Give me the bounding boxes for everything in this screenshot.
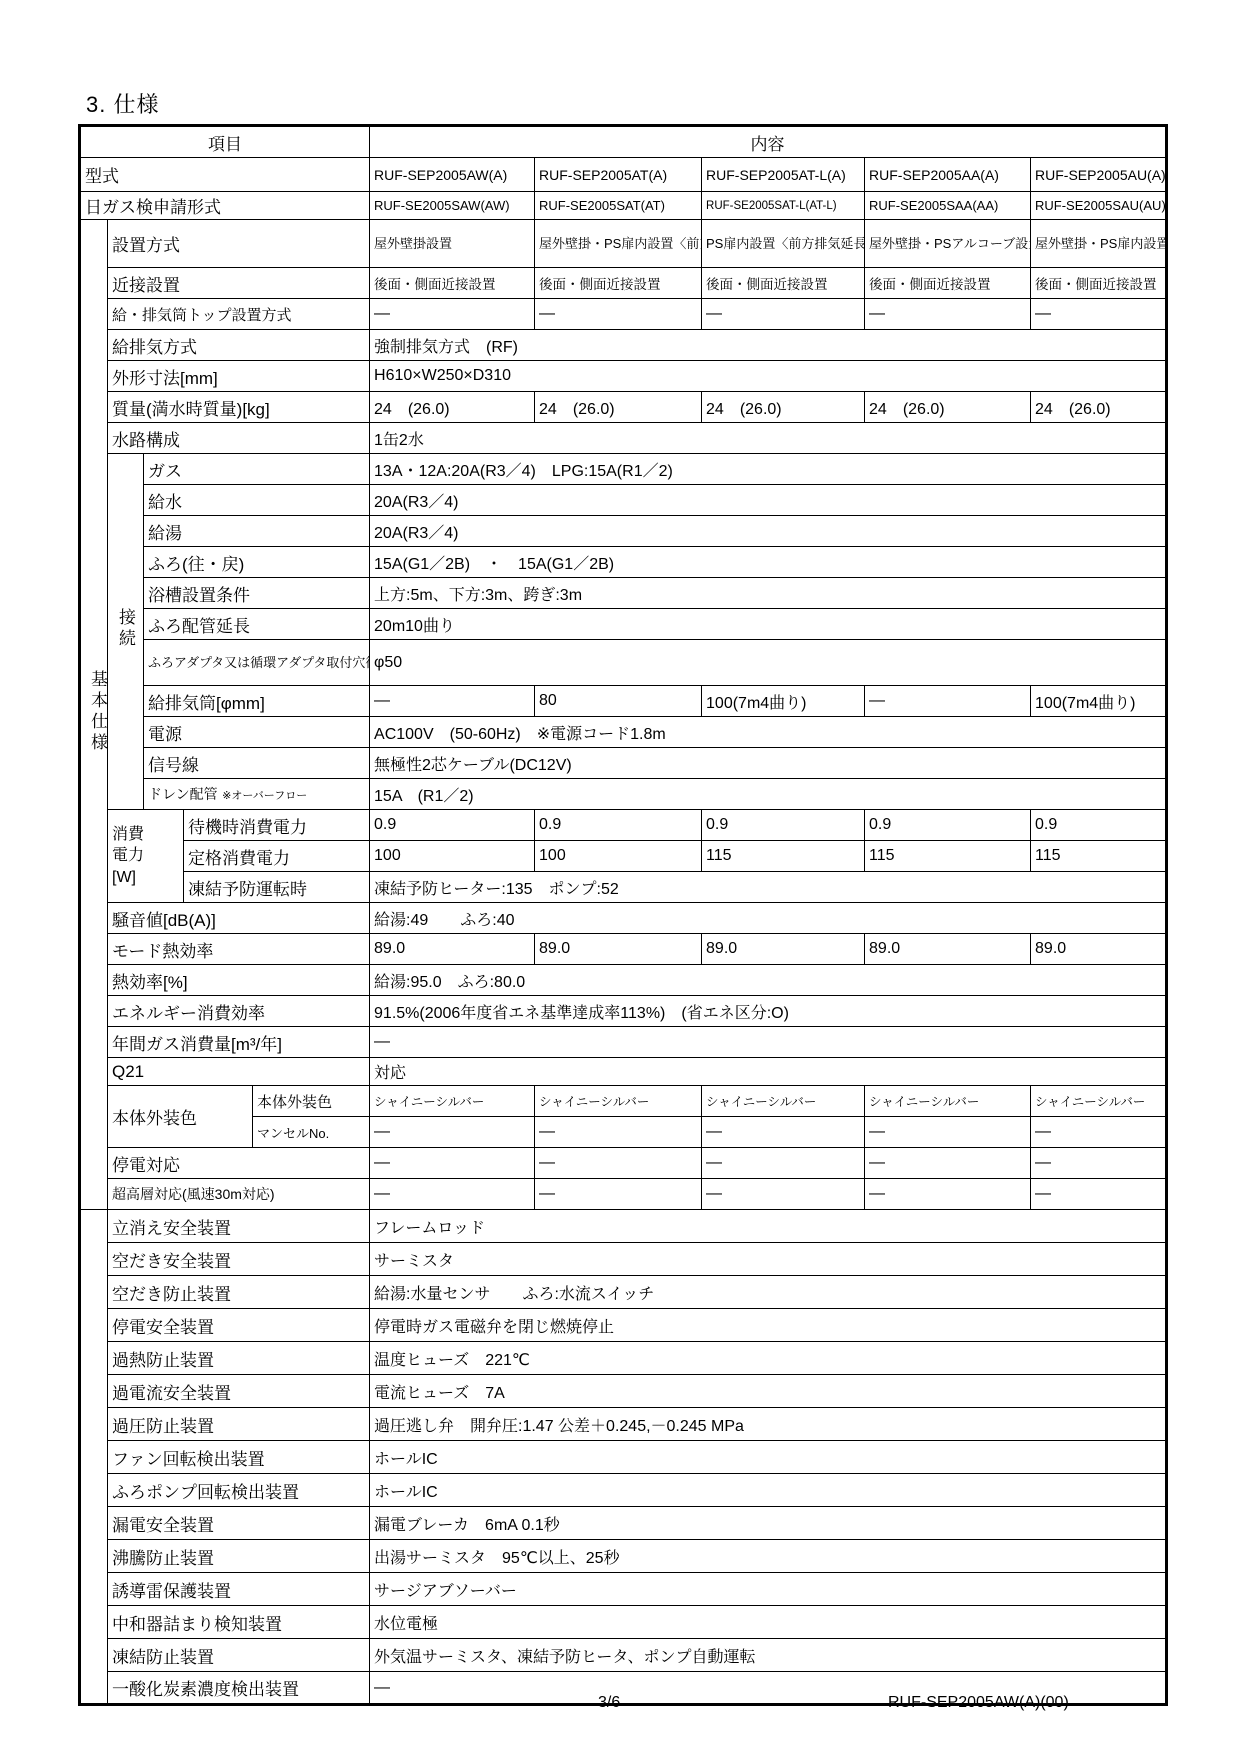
row-energy-efficiency: エネルギー消費効率 91.5%(2006年度省エネ基準達成率113%) (省エネ…	[80, 996, 1167, 1027]
row-label: 待機時消費電力	[184, 810, 370, 841]
row-conn-bath: ふろ(往・戻) 15A(G1／2B) ・ 15A(G1／2B)	[80, 547, 1167, 578]
row-label: 熱効率[%]	[108, 965, 370, 996]
cell-value: —	[535, 1117, 702, 1148]
row-label: 外形寸法[mm]	[108, 361, 370, 392]
cell-value: —	[535, 1148, 702, 1179]
cell-value: —	[702, 1179, 865, 1210]
row-conn-adapter: ふろアダプタ又は循環アダプタ取付穴径[φmm] φ50	[80, 640, 1167, 686]
cell-value: —	[1031, 1179, 1167, 1210]
row-safety-4: 過熱防止装置 温度ヒューズ 221℃	[80, 1342, 1167, 1375]
row-installation: 基本仕様 設置方式 屋外壁掛設置 屋外壁掛・PS扉内設置〈前方排気〉 PS扉内設…	[80, 220, 1167, 268]
cell-value: 給湯:95.0 ふろ:80.0	[370, 965, 1167, 996]
cell-value: φ50	[370, 640, 1167, 686]
row-label: 信号線	[144, 748, 370, 779]
cell-value: 115	[702, 841, 865, 872]
cell-value: 24 (26.0)	[865, 392, 1031, 423]
cell-value: シャイニーシルバー	[865, 1086, 1031, 1117]
cell-value: 89.0	[1031, 934, 1167, 965]
cell-value: 89.0	[702, 934, 865, 965]
row-label: 漏電安全装置	[108, 1507, 370, 1540]
row-label: 停電安全装置	[108, 1309, 370, 1342]
cell-value: 24 (26.0)	[535, 392, 702, 423]
cell-value: 屋外壁掛設置	[370, 220, 535, 268]
row-q21: Q21 対応	[80, 1058, 1167, 1086]
cell-value: 89.0	[535, 934, 702, 965]
cell-value: —	[370, 1117, 535, 1148]
row-label: 停電対応	[108, 1148, 370, 1179]
cell-value: 1缶2水	[370, 423, 1167, 454]
cell-value: —	[535, 1179, 702, 1210]
row-label: 日ガス検申請形式	[80, 192, 370, 220]
row-label: ふろ配管延長	[144, 609, 370, 640]
row-annual-gas: 年間ガス消費量[m³/年] —	[80, 1027, 1167, 1058]
row-label: 電源	[144, 717, 370, 748]
row-model: 型式 RUF-SEP2005AW(A) RUF-SEP2005AT(A) RUF…	[80, 158, 1167, 192]
row-flue-top: 給・排気筒トップ設置方式 — — — — —	[80, 299, 1167, 330]
row-label: ドレン配管 ※オーバーフロー	[144, 779, 370, 810]
cell-value: —	[370, 1179, 535, 1210]
cell-value: RUF-SEP2005AW(A)	[370, 158, 535, 192]
row-label: 空だき防止装置	[108, 1276, 370, 1309]
cell-value: 0.9	[702, 810, 865, 841]
cell-value: 24 (26.0)	[702, 392, 865, 423]
row-label: エネルギー消費効率	[108, 996, 370, 1027]
row-label: 凍結予防運転時	[184, 872, 370, 903]
cell-value: 給湯:水量センサ ふろ:水流スイッチ	[370, 1276, 1167, 1309]
cell-value: —	[535, 299, 702, 330]
cell-value: —	[865, 1179, 1031, 1210]
cell-value: —	[370, 299, 535, 330]
cell-value: —	[865, 686, 1031, 717]
document-number: RUF-SEP2005AW(A)(00)	[888, 1694, 1069, 1712]
cell-value: 115	[1031, 841, 1167, 872]
row-label: 中和器詰まり検知装置	[108, 1606, 370, 1639]
cell-value: 100(7m4曲り)	[1031, 686, 1167, 717]
cell-value: H610×W250×D310	[370, 361, 1167, 392]
row-safety-6: 過圧防止装置 過圧逃し弁 開弁圧:1.47 公差＋0.245,－0.245 MP…	[80, 1408, 1167, 1441]
cell-value: 外気温サーミスタ、凍結予防ヒータ、ポンプ自動運転	[370, 1639, 1167, 1672]
document-page: 3. 仕様 項目 内容 型式 RUF-SEP2005AW(A) RUF-SEP2…	[0, 0, 1240, 1754]
row-blackout: 停電対応 — — — — —	[80, 1148, 1167, 1179]
cell-value: 91.5%(2006年度省エネ基準達成率113%) (省エネ区分:O)	[370, 996, 1167, 1027]
row-label: ガス	[144, 454, 370, 485]
cell-value: 15A (R1／2)	[370, 779, 1167, 810]
row-conn-gas: 接続 ガス 13A・12A:20A(R3／4) LPG:15A(R1／2)	[80, 454, 1167, 485]
cell-value: 強制排気方式 (RF)	[370, 330, 1167, 361]
cell-value: 電流ヒューズ 7A	[370, 1375, 1167, 1408]
row-power-standby: 消費 電力 [W] 待機時消費電力 0.9 0.9 0.9 0.9 0.9	[80, 810, 1167, 841]
row-label: 沸騰防止装置	[108, 1540, 370, 1573]
header-row: 項目 内容	[80, 126, 1167, 158]
row-label: 誘導雷保護装置	[108, 1573, 370, 1606]
cell-value: 無極性2芯ケーブル(DC12V)	[370, 748, 1167, 779]
cell-value: 13A・12A:20A(R3／4) LPG:15A(R1／2)	[370, 454, 1167, 485]
power-group-unit: [W]	[112, 867, 179, 889]
cell-value: —	[370, 1027, 1167, 1058]
row-label: 空だき安全装置	[108, 1243, 370, 1276]
row-label: 超高層対応(風速30m対応)	[108, 1179, 370, 1210]
cell-value: RUF-SE2005SAU(AU)	[1031, 192, 1167, 220]
cell-value: 出湯サーミスタ 95℃以上、25秒	[370, 1540, 1167, 1573]
row-weight: 質量(満水時質量)[kg] 24 (26.0) 24 (26.0) 24 (26…	[80, 392, 1167, 423]
row-safety-10: 沸騰防止装置 出湯サーミスタ 95℃以上、25秒	[80, 1540, 1167, 1573]
row-label: モード熱効率	[108, 934, 370, 965]
cell-value: ホールIC	[370, 1441, 1167, 1474]
cell-value: 上方:5m、下方:3m、跨ぎ:3m	[370, 578, 1167, 609]
row-label: 給・排気筒トップ設置方式	[108, 299, 370, 330]
row-safety-7: ファン回転検出装置 ホールIC	[80, 1441, 1167, 1474]
cell-value: ホールIC	[370, 1474, 1167, 1507]
power-group-label-2: 電力	[112, 845, 179, 867]
group-connection: 接続	[108, 454, 144, 810]
drain-note: ※オーバーフロー	[222, 790, 307, 802]
row-conn-pipe: ふろ配管延長 20m10曲り	[80, 609, 1167, 640]
cell-value: —	[1031, 1117, 1167, 1148]
row-label: 浴槽設置条件	[144, 578, 370, 609]
cell-value: 20m10曲り	[370, 609, 1167, 640]
cell-value: シャイニーシルバー	[370, 1086, 535, 1117]
cell-value: 後面・側面近接設置	[702, 268, 865, 299]
cell-value: 89.0	[370, 934, 535, 965]
power-group-label-1: 消費	[112, 824, 179, 846]
cell-value: RUF-SE2005SAT-L(AT-L)	[702, 192, 865, 220]
cell-value: RUF-SEP2005AT(A)	[535, 158, 702, 192]
cell-value: シャイニーシルバー	[1031, 1086, 1167, 1117]
cell-value: 後面・側面近接設置	[865, 268, 1031, 299]
cell-value: サージアブソーバー	[370, 1573, 1167, 1606]
row-label: ふろポンプ回転検出装置	[108, 1474, 370, 1507]
cell-value: 漏電ブレーカ 6mA 0.1秒	[370, 1507, 1167, 1540]
row-label: 騒音値[dB(A)]	[108, 903, 370, 934]
section-basic-spec: 基本仕様	[80, 220, 108, 1210]
group-body-color: 本体外装色	[108, 1086, 253, 1148]
row-label: 型式	[80, 158, 370, 192]
cell-value: PS扉内設置〈前方排気延長〉	[702, 220, 865, 268]
cell-value: —	[865, 1148, 1031, 1179]
row-water-circuit: 水路構成 1缶2水	[80, 423, 1167, 454]
cell-value: 0.9	[535, 810, 702, 841]
row-safety-0: 立消え安全装置 フレームロッド	[80, 1210, 1167, 1243]
row-conn-supply: 給水 20A(R3／4)	[80, 485, 1167, 516]
row-conn-power: 電源 AC100V (50-60Hz) ※電源コード1.8m	[80, 717, 1167, 748]
cell-value: 後面・側面近接設置	[370, 268, 535, 299]
cell-value: シャイニーシルバー	[535, 1086, 702, 1117]
cell-value: RUF-SEP2005AT-L(A)	[702, 158, 865, 192]
cell-value: RUF-SEP2005AA(A)	[865, 158, 1031, 192]
cell-value: AC100V (50-60Hz) ※電源コード1.8m	[370, 717, 1167, 748]
cell-value: 24 (26.0)	[1031, 392, 1167, 423]
row-label: 給水	[144, 485, 370, 516]
cell-value: —	[865, 299, 1031, 330]
cell-value: 100	[535, 841, 702, 872]
row-thermal-efficiency: 熱効率[%] 給湯:95.0 ふろ:80.0	[80, 965, 1167, 996]
cell-value: 屋外壁掛・PSアルコーブ設置	[865, 220, 1031, 268]
row-label: 近接設置	[108, 268, 370, 299]
header-item: 項目	[80, 126, 370, 158]
row-body-color: 本体外装色 本体外装色 シャイニーシルバー シャイニーシルバー シャイニーシルバ…	[80, 1086, 1167, 1117]
cell-value: 過圧逃し弁 開弁圧:1.47 公差＋0.245,－0.245 MPa	[370, 1408, 1167, 1441]
basic-spec-vertical-label: 基本仕様	[85, 670, 108, 754]
cell-value: —	[370, 686, 535, 717]
cell-value: 水位電極	[370, 1606, 1167, 1639]
cell-value: サーミスタ	[370, 1243, 1167, 1276]
row-label: 過圧防止装置	[108, 1408, 370, 1441]
header-content: 内容	[370, 126, 1167, 158]
cell-value: 20A(R3／4)	[370, 485, 1167, 516]
row-safety-11: 誘導雷保護装置 サージアブソーバー	[80, 1573, 1167, 1606]
cell-value: 89.0	[865, 934, 1031, 965]
row-safety-8: ふろポンプ回転検出装置 ホールIC	[80, 1474, 1167, 1507]
row-dimensions: 外形寸法[mm] H610×W250×D310	[80, 361, 1167, 392]
page-number: 3/6	[598, 1694, 620, 1712]
row-conn-tub: 浴槽設置条件 上方:5m、下方:3m、跨ぎ:3m	[80, 578, 1167, 609]
cell-value: 0.9	[865, 810, 1031, 841]
row-label: マンセルNo.	[253, 1117, 370, 1148]
cell-value: —	[702, 299, 865, 330]
spec-table: 項目 内容 型式 RUF-SEP2005AW(A) RUF-SEP2005AT(…	[78, 124, 1168, 1706]
cell-value: 115	[865, 841, 1031, 872]
row-label: ファン回転検出装置	[108, 1441, 370, 1474]
row-label: 過電流安全装置	[108, 1375, 370, 1408]
cell-value: 0.9	[370, 810, 535, 841]
cell-value: 後面・側面近接設置	[1031, 268, 1167, 299]
cell-value: —	[702, 1117, 865, 1148]
cell-value: 15A(G1／2B) ・ 15A(G1／2B)	[370, 547, 1167, 578]
cell-value: 屋外壁掛・PS扉内設置〈上方排気〉	[1031, 220, 1167, 268]
cell-value: フレームロッド	[370, 1210, 1167, 1243]
cell-value: RUF-SE2005SAA(AA)	[865, 192, 1031, 220]
row-mode-efficiency: モード熱効率 89.0 89.0 89.0 89.0 89.0	[80, 934, 1167, 965]
row-label: 過熱防止装置	[108, 1342, 370, 1375]
row-safety-12: 中和器詰まり検知装置 水位電極	[80, 1606, 1167, 1639]
cell-value: —	[370, 1148, 535, 1179]
row-label: 立消え安全装置	[108, 1210, 370, 1243]
row-label: ふろアダプタ又は循環アダプタ取付穴径[φmm]	[144, 640, 370, 686]
row-label: 年間ガス消費量[m³/年]	[108, 1027, 370, 1058]
cell-value: 20A(R3／4)	[370, 516, 1167, 547]
drain-label: ドレン配管	[148, 786, 218, 802]
cell-value: 温度ヒューズ 221℃	[370, 1342, 1167, 1375]
row-label: 給排気筒[φmm]	[144, 686, 370, 717]
row-label: 一酸化炭素濃度検出装置	[108, 1672, 370, 1705]
cell-value: 100(7m4曲り)	[702, 686, 865, 717]
cell-value: 凍結予防ヒーター:135 ポンプ:52	[370, 872, 1167, 903]
row-safety-3: 停電安全装置 停電時ガス電磁弁を閉じ燃焼停止	[80, 1309, 1167, 1342]
section-safety-spacer	[80, 1210, 108, 1705]
cell-value: —	[702, 1148, 865, 1179]
cell-value: 24 (26.0)	[370, 392, 535, 423]
cell-value: 給湯:49 ふろ:40	[370, 903, 1167, 934]
cell-value: 後面・側面近接設置	[535, 268, 702, 299]
cell-value: RUF-SE2005SAW(AW)	[370, 192, 535, 220]
row-label: ふろ(往・戻)	[144, 547, 370, 578]
row-safety-2: 空だき防止装置 給湯:水量センサ ふろ:水流スイッチ	[80, 1276, 1167, 1309]
row-power-frost: 凍結予防運転時 凍結予防ヒーター:135 ポンプ:52	[80, 872, 1167, 903]
cell-value: —	[865, 1117, 1031, 1148]
cell-value: RUF-SEP2005AU(A)	[1031, 158, 1167, 192]
row-label: 水路構成	[108, 423, 370, 454]
row-exhaust-method: 給排気方式 強制排気方式 (RF)	[80, 330, 1167, 361]
cell-value: 停電時ガス電磁弁を閉じ燃焼停止	[370, 1309, 1167, 1342]
row-power-rated: 定格消費電力 100 100 115 115 115	[80, 841, 1167, 872]
cell-value: 100	[370, 841, 535, 872]
cell-value: —	[1031, 1148, 1167, 1179]
row-gas-cert: 日ガス検申請形式 RUF-SE2005SAW(AW) RUF-SE2005SAT…	[80, 192, 1167, 220]
row-label: 質量(満水時質量)[kg]	[108, 392, 370, 423]
cell-value: 0.9	[1031, 810, 1167, 841]
row-noise: 騒音値[dB(A)] 給湯:49 ふろ:40	[80, 903, 1167, 934]
cell-value: 対応	[370, 1058, 1167, 1086]
row-label: 定格消費電力	[184, 841, 370, 872]
cell-value: RUF-SE2005SAT(AT)	[535, 192, 702, 220]
connection-vertical-label: 接続	[113, 608, 138, 650]
group-power-consumption: 消費 電力 [W]	[108, 810, 184, 903]
row-label: 給排気方式	[108, 330, 370, 361]
row-highrise: 超高層対応(風速30m対応) — — — — —	[80, 1179, 1167, 1210]
row-label: 設置方式	[108, 220, 370, 268]
row-proximity: 近接設置 後面・側面近接設置 後面・側面近接設置 後面・側面近接設置 後面・側面…	[80, 268, 1167, 299]
row-label: 給湯	[144, 516, 370, 547]
row-conn-drain: ドレン配管 ※オーバーフロー 15A (R1／2)	[80, 779, 1167, 810]
page-title: 3. 仕様	[86, 88, 159, 119]
row-safety-5: 過電流安全装置 電流ヒューズ 7A	[80, 1375, 1167, 1408]
row-safety-1: 空だき安全装置 サーミスタ	[80, 1243, 1167, 1276]
row-conn-hot: 給湯 20A(R3／4)	[80, 516, 1167, 547]
row-conn-signal: 信号線 無極性2芯ケーブル(DC12V)	[80, 748, 1167, 779]
row-conn-flue: 給排気筒[φmm] — 80 100(7m4曲り) — 100(7m4曲り)	[80, 686, 1167, 717]
row-safety-9: 漏電安全装置 漏電ブレーカ 6mA 0.1秒	[80, 1507, 1167, 1540]
row-safety-13: 凍結防止装置 外気温サーミスタ、凍結予防ヒータ、ポンプ自動運転	[80, 1639, 1167, 1672]
row-label: Q21	[108, 1058, 370, 1086]
cell-value: 屋外壁掛・PS扉内設置〈前方排気〉	[535, 220, 702, 268]
cell-value: シャイニーシルバー	[702, 1086, 865, 1117]
cell-value: 80	[535, 686, 702, 717]
row-label: 凍結防止装置	[108, 1639, 370, 1672]
cell-value: —	[1031, 299, 1167, 330]
row-label: 本体外装色	[253, 1086, 370, 1117]
